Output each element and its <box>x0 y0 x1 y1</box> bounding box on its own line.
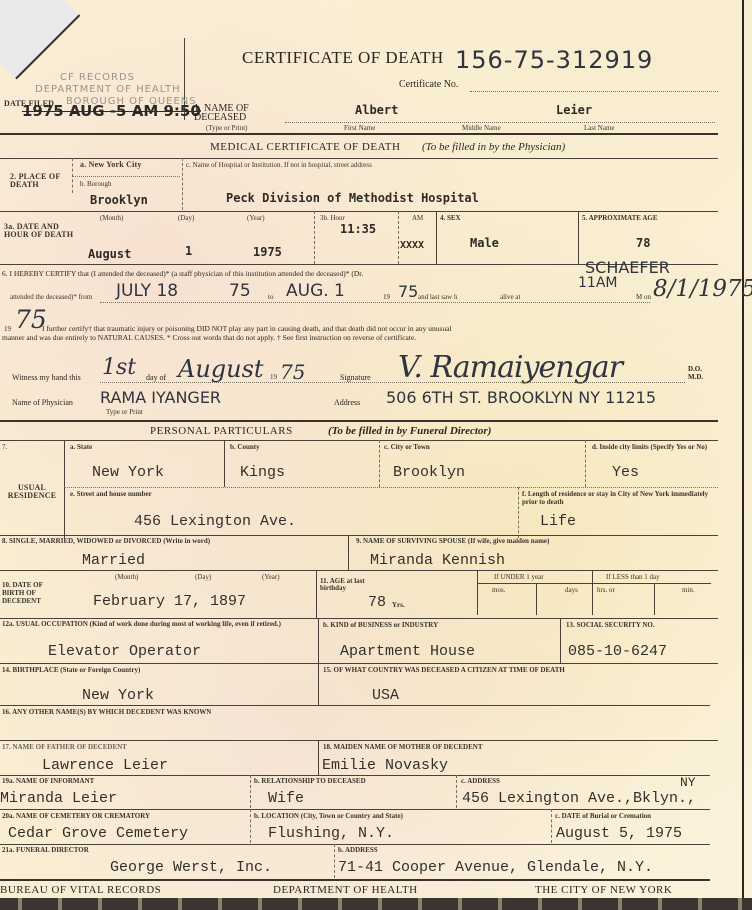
certificate-title: CERTIFICATE OF DEATH <box>242 48 444 68</box>
line <box>64 487 718 488</box>
dob-value: February 17, 1897 <box>93 593 246 610</box>
further-certify-text: I further certify† that traumatic injury… <box>42 324 452 333</box>
dob-label: 10. DATE OF BIRTH OF DECEDENT <box>2 581 62 605</box>
borough-value: Brooklyn <box>90 193 148 207</box>
to-label: to <box>268 293 273 301</box>
first-name: Albert <box>355 103 398 117</box>
attended-label: attended the deceased)* from <box>10 293 92 301</box>
decorative-border <box>0 898 752 910</box>
divider <box>224 440 225 487</box>
alive-at-label: alive at <box>500 293 520 301</box>
divider <box>585 440 586 487</box>
location-label: b. LOCATION (City, Town or Country and S… <box>254 812 403 820</box>
witness-month: August <box>178 355 264 383</box>
burial-date-value: August 5, 1975 <box>556 825 682 842</box>
rule <box>0 133 718 135</box>
street-value: 456 Lexington Ave. <box>134 513 296 530</box>
divider <box>334 844 335 878</box>
divider <box>72 176 180 177</box>
physician-name-label: Name of Physician <box>12 398 73 407</box>
length-residence-label: f. Length of residence or stay in City o… <box>522 490 717 506</box>
approx-age-label: 5. APPROXIMATE AGE <box>582 214 658 222</box>
usual-residence-label: USUAL RESIDENCE <box>2 484 62 500</box>
less-day-label: If LESS than 1 day <box>606 573 660 581</box>
county-value: Kings <box>240 464 285 481</box>
day-label: (Day) <box>178 214 194 222</box>
medical-section-note: (To be filled in by the Physician) <box>422 141 565 153</box>
natural-causes-text: manner and was due entirely to NATURAL C… <box>2 333 416 342</box>
am-label: AM <box>412 214 423 222</box>
citizen-label: 15. OF WHAT COUNTRY WAS DECEASED A CITIZ… <box>323 666 565 674</box>
last-name-label: Last Name <box>584 124 615 132</box>
business-label: b. KIND of BUSINESS or INDUSTRY <box>323 621 438 629</box>
date-of-death-label: 3a. DATE AND HOUR OF DEATH <box>4 223 74 239</box>
age-value: 78 <box>368 594 386 611</box>
divider <box>536 583 537 615</box>
sex-value: Male <box>470 236 499 250</box>
last-seen-date: 8/1/1975 <box>653 276 752 302</box>
middle-name-label: Middle Name <box>462 124 501 132</box>
line <box>100 302 650 303</box>
spouse-label: 9. NAME OF SURVIVING SPOUSE (If wife, gi… <box>356 537 549 545</box>
min-label: min. <box>682 586 695 594</box>
birthplace-value: New York <box>82 687 154 704</box>
death-day: 1 <box>185 244 192 258</box>
city-label: c. City or Town <box>384 443 430 451</box>
last-saw-label: and last saw h <box>418 293 457 301</box>
medical-section-title: MEDICAL CERTIFICATE OF DEATH <box>210 141 400 153</box>
certificate-number: 156-75-312919 <box>455 46 653 74</box>
other-names-label: 16. ANY OTHER NAME(S) BY WHICH DECEDENT … <box>2 708 211 716</box>
name-of-deceased-label: 1. NAME OF DECEASED <box>194 104 294 122</box>
divider <box>456 775 457 808</box>
cemetery-value: Cedar Grove Cemetery <box>8 825 188 842</box>
certificate-no-label: Certificate No. <box>399 79 458 90</box>
attended-to-date: AUG. 1 <box>286 281 345 301</box>
footer-bureau: BUREAU OF VITAL RECORDS <box>0 884 161 896</box>
age-last-birthday-label: 11. AGE at last birthday <box>320 578 370 592</box>
mos-label: mos. <box>492 586 505 594</box>
signature-label: Signature <box>340 373 371 382</box>
informant-label: 19a. NAME OF INFORMANT <box>2 777 94 785</box>
cert-no-line <box>470 91 718 92</box>
personal-section-note: (To be filled in by Funeral Director) <box>328 425 491 437</box>
year-prefix-2: 19 <box>4 325 11 333</box>
location-value: Flushing, N.Y. <box>268 825 394 842</box>
county-label: b. County <box>230 443 260 451</box>
physician-name: RAMA IYANGER <box>100 388 221 407</box>
informant-address-state: NY <box>680 775 696 790</box>
rule <box>0 158 718 159</box>
divider <box>250 809 251 843</box>
personal-section-title: PERSONAL PARTICULARS <box>150 425 293 437</box>
nyc-label: a. New York City <box>80 160 142 169</box>
state-label: a. State <box>70 443 92 451</box>
divider <box>551 809 552 843</box>
hospital-label: c. Name of Hospital or Institution. If n… <box>186 161 372 169</box>
divider <box>316 570 317 618</box>
type-or-print-label: Type or Print <box>106 408 143 416</box>
ampm-crossed: XXXX <box>400 240 424 251</box>
director-address-label: b. ADDRESS <box>338 846 378 854</box>
rule <box>0 775 710 776</box>
mother-label: 18. MAIDEN NAME OF MOTHER OF DECEDENT <box>323 743 483 751</box>
month-label: (Month) <box>100 214 123 222</box>
death-hour: 11:35 <box>340 222 376 236</box>
first-name-label: First Name <box>344 124 375 132</box>
rule <box>0 844 710 845</box>
spouse-value: Miranda Kennish <box>370 552 505 569</box>
city-value: Brooklyn <box>393 464 465 481</box>
do-md-label: D.O. M.D. <box>688 365 708 381</box>
right-border <box>742 0 744 898</box>
divider <box>654 583 655 615</box>
ssn-value: 085-10-6247 <box>568 643 667 660</box>
business-value: Apartment House <box>340 643 475 660</box>
father-label: 17. NAME OF FATHER OF DECEDENT <box>2 743 127 751</box>
director-address-value: 71-41 Cooper Avenue, Glendale, N.Y. <box>338 859 653 876</box>
ssn-label: 13. SOCIAL SECURITY NO. <box>566 621 655 629</box>
year-prefix: 19 <box>383 293 390 301</box>
divider <box>314 211 315 264</box>
death-month: August <box>88 247 131 261</box>
dob-day-label: (Day) <box>195 573 211 581</box>
stamp-line-1: CF RECORDS <box>60 72 135 83</box>
dob-year-label: (Year) <box>262 573 280 581</box>
rule <box>0 211 718 212</box>
attended-to-year: 75 <box>398 282 418 301</box>
line <box>100 382 685 383</box>
divider <box>250 775 251 808</box>
divider <box>348 535 349 570</box>
divider <box>518 487 519 538</box>
divider <box>560 618 561 663</box>
dob-month-label: (Month) <box>115 573 138 581</box>
occupation-value: Elevator Operator <box>48 643 201 660</box>
witness-day: 1st <box>102 355 136 380</box>
death-year: 1975 <box>253 245 282 259</box>
rule <box>0 809 710 810</box>
attended-from-year: 75 <box>229 281 251 301</box>
divider <box>592 570 593 615</box>
year-label: (Year) <box>247 214 265 222</box>
hour-label: 3b. Hour <box>320 214 345 222</box>
witness-label: Witness my hand this <box>12 373 81 382</box>
birthplace-label: 14. BIRTHPLACE (State or Foreign Country… <box>2 666 140 674</box>
divider <box>379 440 380 487</box>
sex-label: 4. SEX <box>440 214 461 222</box>
street-label: e. Street and house number <box>70 490 152 498</box>
funeral-director-label: 21a. FUNERAL DIRECTOR <box>2 846 89 854</box>
informant-value: Miranda Leier <box>0 790 117 807</box>
physician-signature: V. Ramaiyengar <box>398 350 622 385</box>
divider <box>398 211 399 264</box>
rule <box>0 420 718 422</box>
residence-num: 7. <box>2 443 7 451</box>
father-value: Lawrence Leier <box>42 757 168 774</box>
rule <box>477 583 711 584</box>
marital-value: Married <box>82 552 145 569</box>
yrs-label: Yrs. <box>392 601 405 609</box>
hrs-label: hrs. or <box>597 586 615 594</box>
m-on-label: M on <box>636 293 651 301</box>
state-value: New York <box>92 464 164 481</box>
rule <box>0 879 710 881</box>
certify-line: 6. I HEREBY CERTIFY that (I attended the… <box>2 269 363 278</box>
year-prefix-3: 19 <box>270 373 277 381</box>
divider <box>318 618 319 663</box>
divider <box>318 740 319 775</box>
divider <box>182 158 183 210</box>
marital-label: 8. SINGLE, MARRIED, WIDOWED or DIVORCED … <box>2 537 210 545</box>
attended-from-date: JULY 18 <box>116 281 178 301</box>
rule <box>0 705 710 706</box>
cemetery-label: 20a. NAME OF CEMETERY OR CREMATORY <box>2 812 150 820</box>
date-filed-stamp: 1975 AUG -5 AM 9:50 <box>22 102 201 120</box>
stamp-line-2: DEPARTMENT OF HEALTH <box>35 84 181 95</box>
footer-department: DEPARTMENT OF HEALTH <box>273 884 418 896</box>
physician-address: 506 6TH ST. BROOKLYN NY 11215 <box>386 388 656 407</box>
type-or-print-note: (Type or Print) <box>206 124 248 132</box>
under-year-label: If UNDER 1 year <box>494 573 544 581</box>
rule <box>0 740 718 741</box>
place-of-death-label: 2. PLACE OF DEATH <box>10 173 70 189</box>
approx-age-value: 78 <box>636 236 650 250</box>
borough-label: b. Borough <box>80 180 112 188</box>
last-seen-time: 11AM <box>578 275 617 291</box>
divider <box>477 570 478 615</box>
last-name: Leier <box>556 103 592 117</box>
mother-value: Emilie Novasky <box>322 757 448 774</box>
hospital-value: Peck Division of Methodist Hospital <box>226 191 479 205</box>
inside-city-value: Yes <box>612 464 639 481</box>
divider <box>64 440 65 538</box>
occupation-label: 12a. USUAL OCCUPATION (Kind of work done… <box>2 620 302 628</box>
burial-date-label: c. DATE of Burial or Cremation <box>555 812 651 820</box>
rule <box>0 618 718 619</box>
divider <box>578 211 579 264</box>
witness-year: 75 <box>280 360 305 384</box>
informant-address-value: 456 Lexington Ave.,Bklyn., <box>462 790 696 807</box>
address-label: Address <box>334 398 360 407</box>
days-label: days <box>565 586 578 594</box>
footer-city: THE CITY OF NEW YORK <box>535 884 672 896</box>
citizen-value: USA <box>372 687 399 704</box>
name-line <box>285 122 715 123</box>
divider <box>436 211 437 264</box>
funeral-director-value: George Werst, Inc. <box>110 859 272 876</box>
inside-city-label: d. Inside city limits (Specify Yes or No… <box>592 443 712 451</box>
informant-address-label: c. ADDRESS <box>461 777 500 785</box>
day-of-label: day of <box>146 373 166 382</box>
rule <box>0 440 718 441</box>
rule <box>0 535 718 536</box>
divider <box>318 663 319 705</box>
relationship-label: b. RELATIONSHIP TO DECEASED <box>254 777 366 785</box>
rule <box>0 570 718 571</box>
relationship-value: Wife <box>268 790 304 807</box>
length-residence-value: Life <box>540 513 576 530</box>
rule <box>0 663 718 664</box>
